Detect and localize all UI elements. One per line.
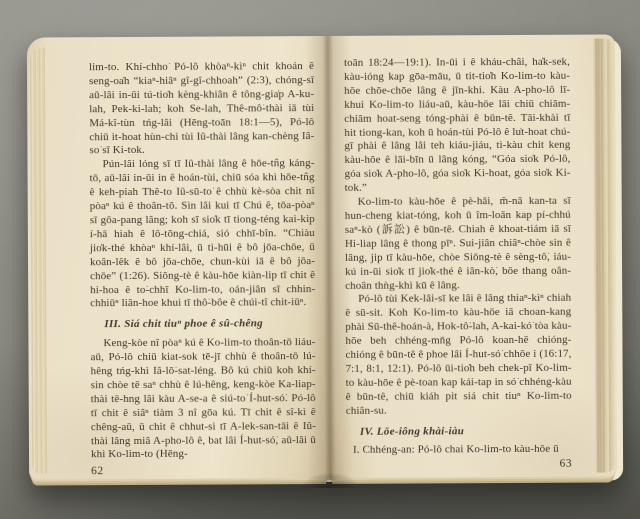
page-left: lim-to. Khí-chho͘ Pó-lô khòaⁿ-kìⁿ chit k…: [27, 36, 329, 480]
paragraph: Ko-lim-to kàu-hōe ê pè-hāi, m̄-nā kan-ta…: [345, 195, 572, 294]
book-spread: lim-to. Khí-chho͘ Pó-lô khòaⁿ-kìⁿ chit k…: [27, 34, 617, 479]
page-edge-stack-left: [30, 47, 47, 473]
paragraph-continuation: lim-to. Khí-chho͘ Pó-lô khòaⁿ-kìⁿ chit k…: [89, 60, 315, 159]
page-number-63: 63: [346, 458, 572, 473]
page-63-text-block: toān 18:24—19:1). In-ūi i ê kháu-châi, h…: [344, 56, 572, 466]
section-heading-iii: III. Siá chit tiuⁿ phoe ê sû-chêng: [104, 317, 315, 332]
page-number-62: 62: [91, 464, 316, 479]
page-edge-stack-right: [593, 38, 615, 472]
open-book: lim-to. Khí-chho͘ Pó-lô khòaⁿ-kìⁿ chit k…: [27, 34, 617, 479]
page-right: toān 18:24—19:1). In-ūi i ê kháu-châi, h…: [327, 34, 617, 478]
page-62-text-block: lim-to. Khí-chho͘ Pó-lô khòaⁿ-kìⁿ chit k…: [89, 60, 316, 467]
section-heading-iv: IV. Lōe-iông khài-iàu: [360, 424, 572, 439]
paragraph-continuation: toān 18:24—19:1). In-ūi i ê kháu-châi, h…: [344, 56, 571, 196]
outline-item-1: I. Chhéng-an: Pó-lô chai Ko-lim-to kàu-h…: [346, 443, 572, 458]
paragraph: Pún-lâi lóng sī tī Iû-thài lâng ê hōe-tn…: [89, 157, 315, 311]
photo-background: lim-to. Khí-chho͘ Pó-lô khòaⁿ-kìⁿ chit k…: [0, 0, 640, 519]
paragraph: Keng-kòe nî pòaⁿ kú ê Ko-lim-to thoân-tō…: [90, 336, 316, 462]
paragraph: Pó-lô tùi Kek-lâi-sī ke lâi ê lâng thiaⁿ…: [345, 292, 572, 418]
